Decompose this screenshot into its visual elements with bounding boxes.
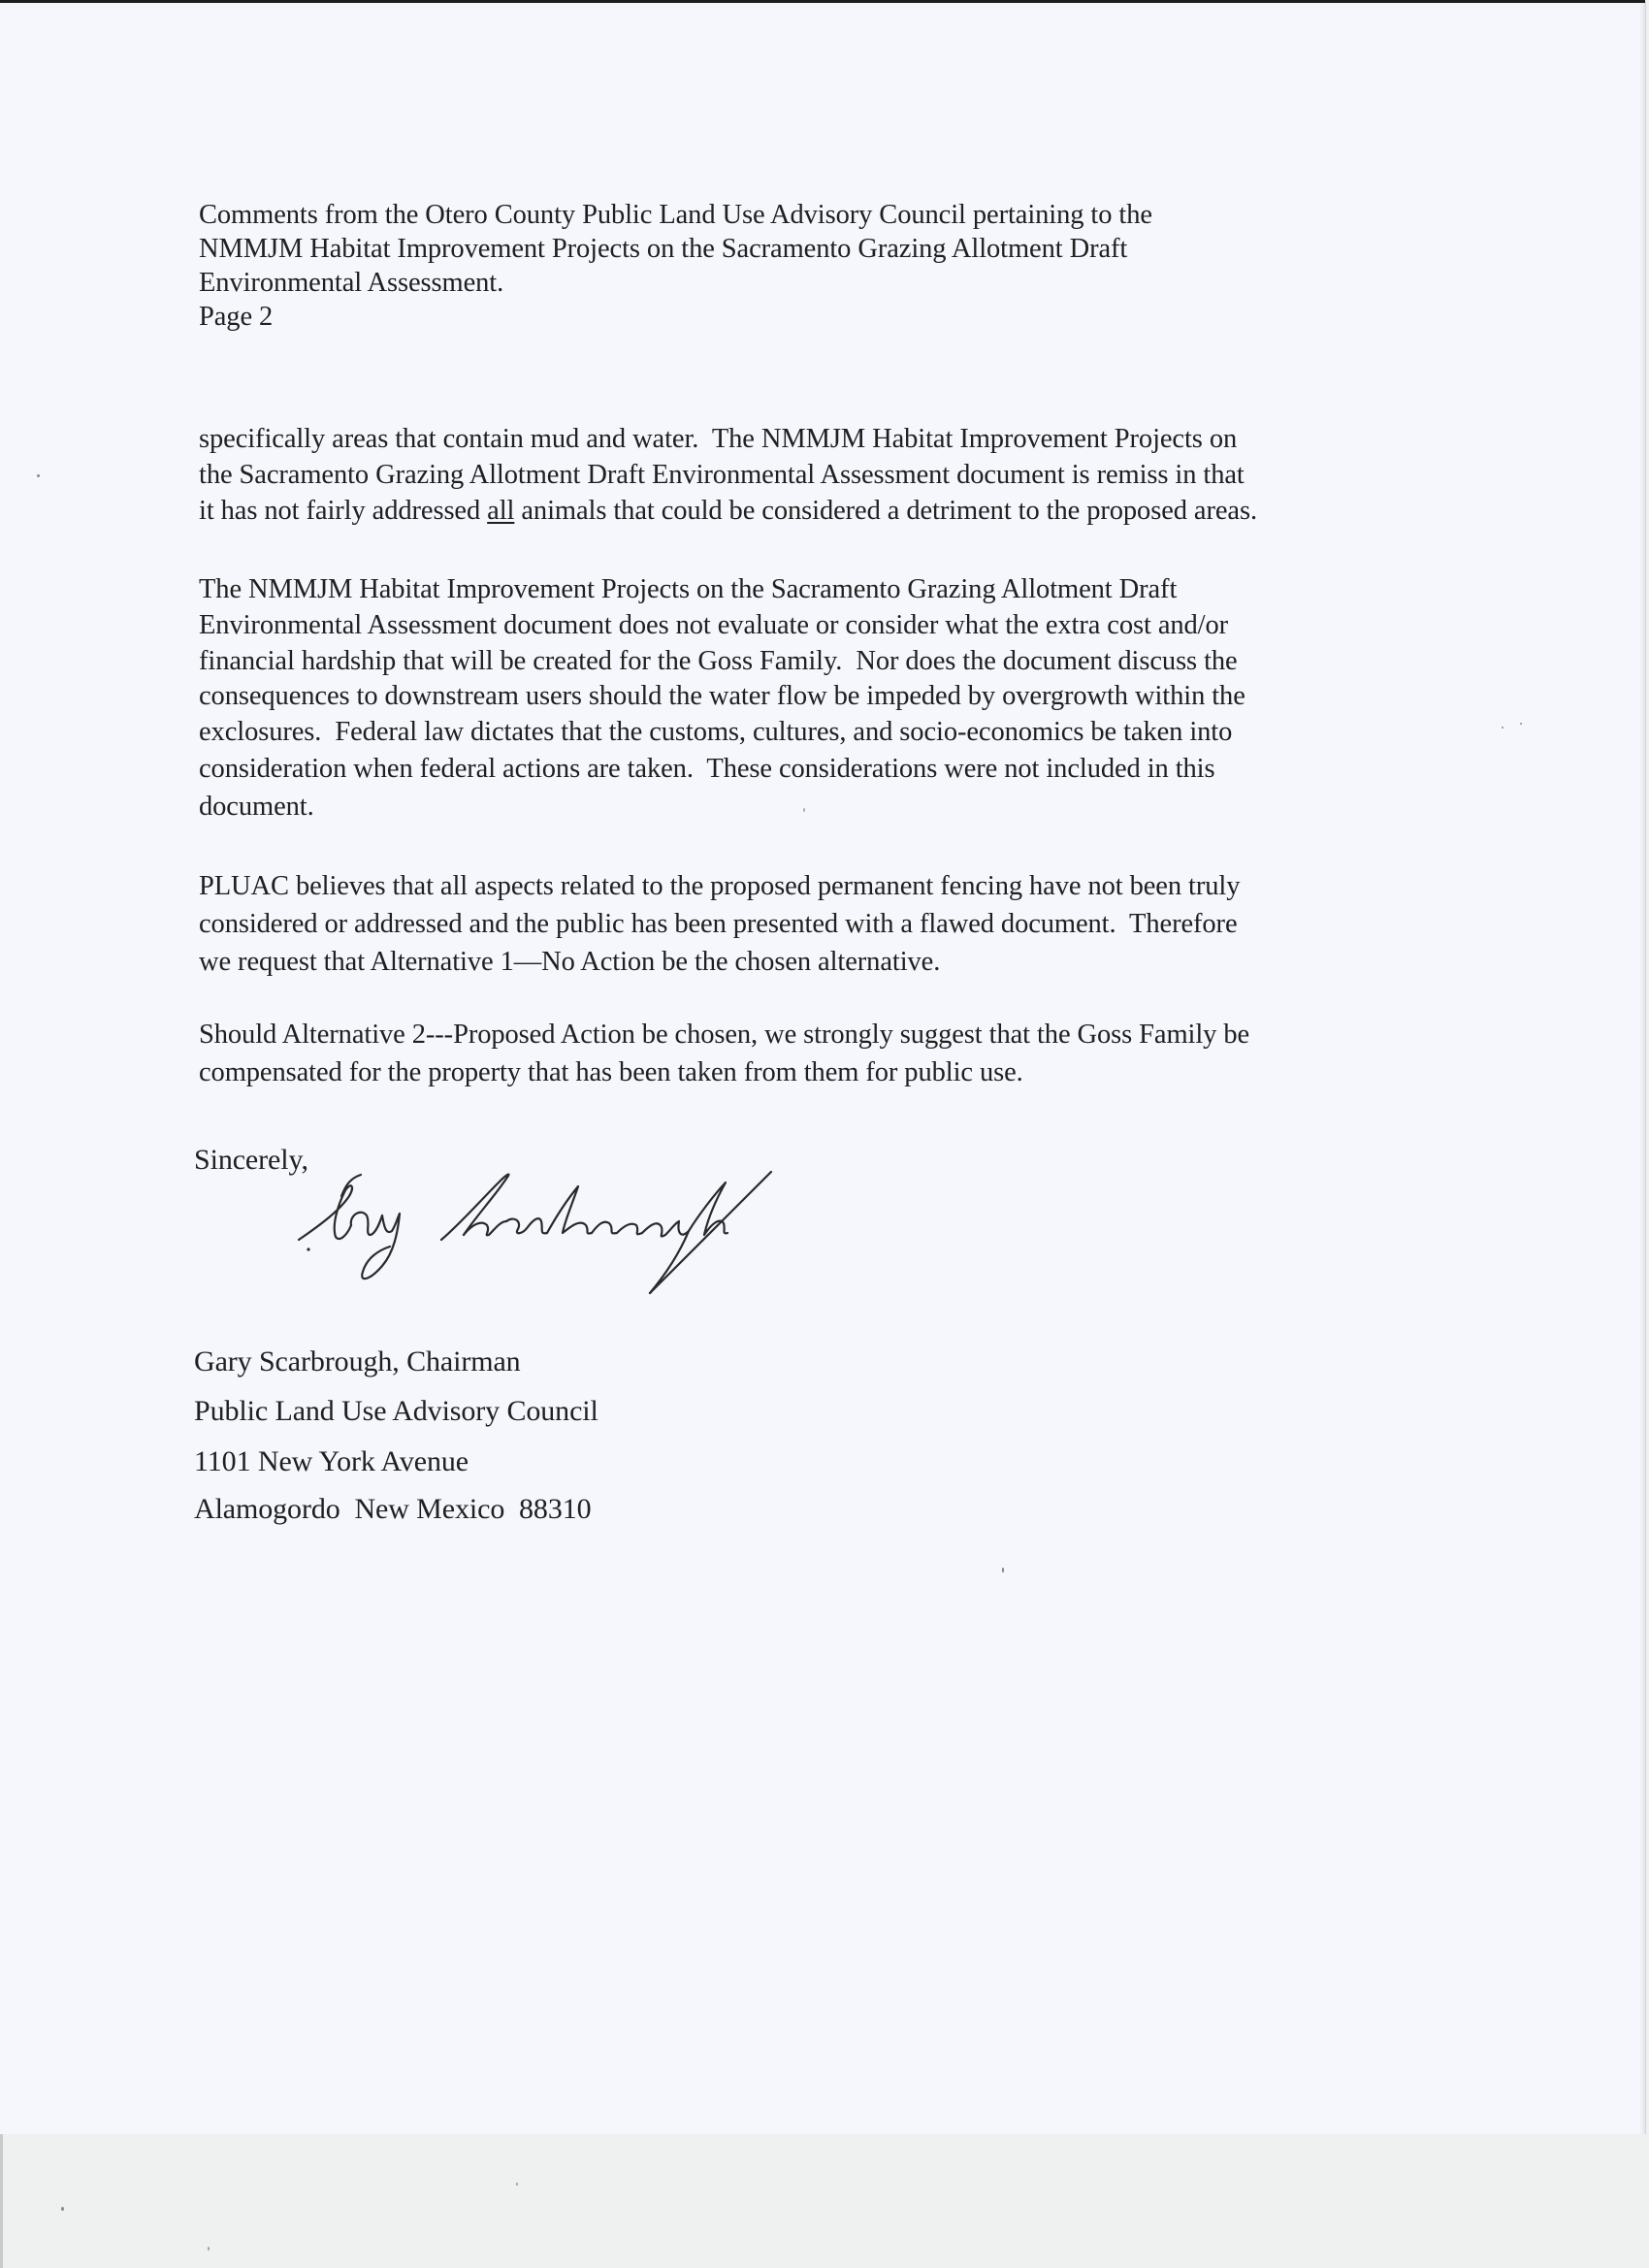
paragraph-3-line-3: we request that Alternative 1—No Action … bbox=[199, 949, 940, 977]
paragraph-2-line-3: financial hardship that will be created … bbox=[199, 648, 1238, 676]
scan-speck bbox=[803, 808, 805, 812]
paragraph-2-line-2: Environmental Assessment document does n… bbox=[199, 612, 1228, 640]
underlined-word: all bbox=[487, 496, 514, 526]
paragraph-3-line-1: PLUAC believes that all aspects related … bbox=[199, 873, 1240, 901]
handwritten-signature-icon bbox=[281, 1157, 805, 1303]
signer-name-title: Gary Scarbrough, Chairman bbox=[194, 1347, 521, 1377]
paragraph-2-line-4: consequences to downstream users should … bbox=[199, 683, 1245, 711]
signer-organization: Public Land Use Advisory Council bbox=[194, 1397, 598, 1426]
paragraph-4-line-1: Should Alternative 2---Proposed Action b… bbox=[199, 1021, 1249, 1050]
paragraph-1-line-1: specifically areas that contain mud and … bbox=[199, 426, 1237, 454]
scanner-background bbox=[0, 2134, 1649, 2268]
paragraph-2-line-7: document. bbox=[199, 794, 314, 822]
paragraph-3-line-2: considered or addressed and the public h… bbox=[199, 911, 1238, 939]
scan-speck bbox=[208, 2247, 210, 2251]
page-number: Page 2 bbox=[199, 304, 273, 332]
paragraph-2-line-1: The NMMJM Habitat Improvement Projects o… bbox=[199, 576, 1177, 604]
signer-street: 1101 New York Avenue bbox=[194, 1447, 469, 1476]
paragraph-4-line-2: compensated for the property that has be… bbox=[199, 1059, 1023, 1087]
text-segment: it has not fairly addressed bbox=[199, 496, 487, 526]
scan-speck bbox=[1002, 1568, 1004, 1572]
header-line-2: NMMJM Habitat Improvement Projects on th… bbox=[199, 236, 1127, 264]
paragraph-2-line-6: consideration when federal actions are t… bbox=[199, 756, 1214, 784]
header-line-1: Comments from the Otero County Public La… bbox=[199, 202, 1152, 230]
scan-speck bbox=[1502, 727, 1503, 729]
text-segment: animals that could be considered a detri… bbox=[514, 496, 1257, 526]
paragraph-1-line-2: the Sacramento Grazing Allotment Draft E… bbox=[199, 462, 1245, 490]
paragraph-2-line-5: exclosures. Federal law dictates that th… bbox=[199, 719, 1232, 747]
paragraph-1-line-3: it has not fairly addressed all animals … bbox=[199, 498, 1257, 526]
scan-speck bbox=[37, 474, 40, 477]
scan-speck bbox=[1520, 723, 1522, 725]
signer-city-state-zip: Alamogordo New Mexico 88310 bbox=[194, 1495, 592, 1524]
scanned-page: Comments from the Otero County Public La… bbox=[0, 0, 1645, 2134]
scan-speck bbox=[61, 2207, 64, 2211]
scan-speck bbox=[516, 2183, 518, 2186]
header-line-3: Environmental Assessment. bbox=[199, 270, 503, 298]
